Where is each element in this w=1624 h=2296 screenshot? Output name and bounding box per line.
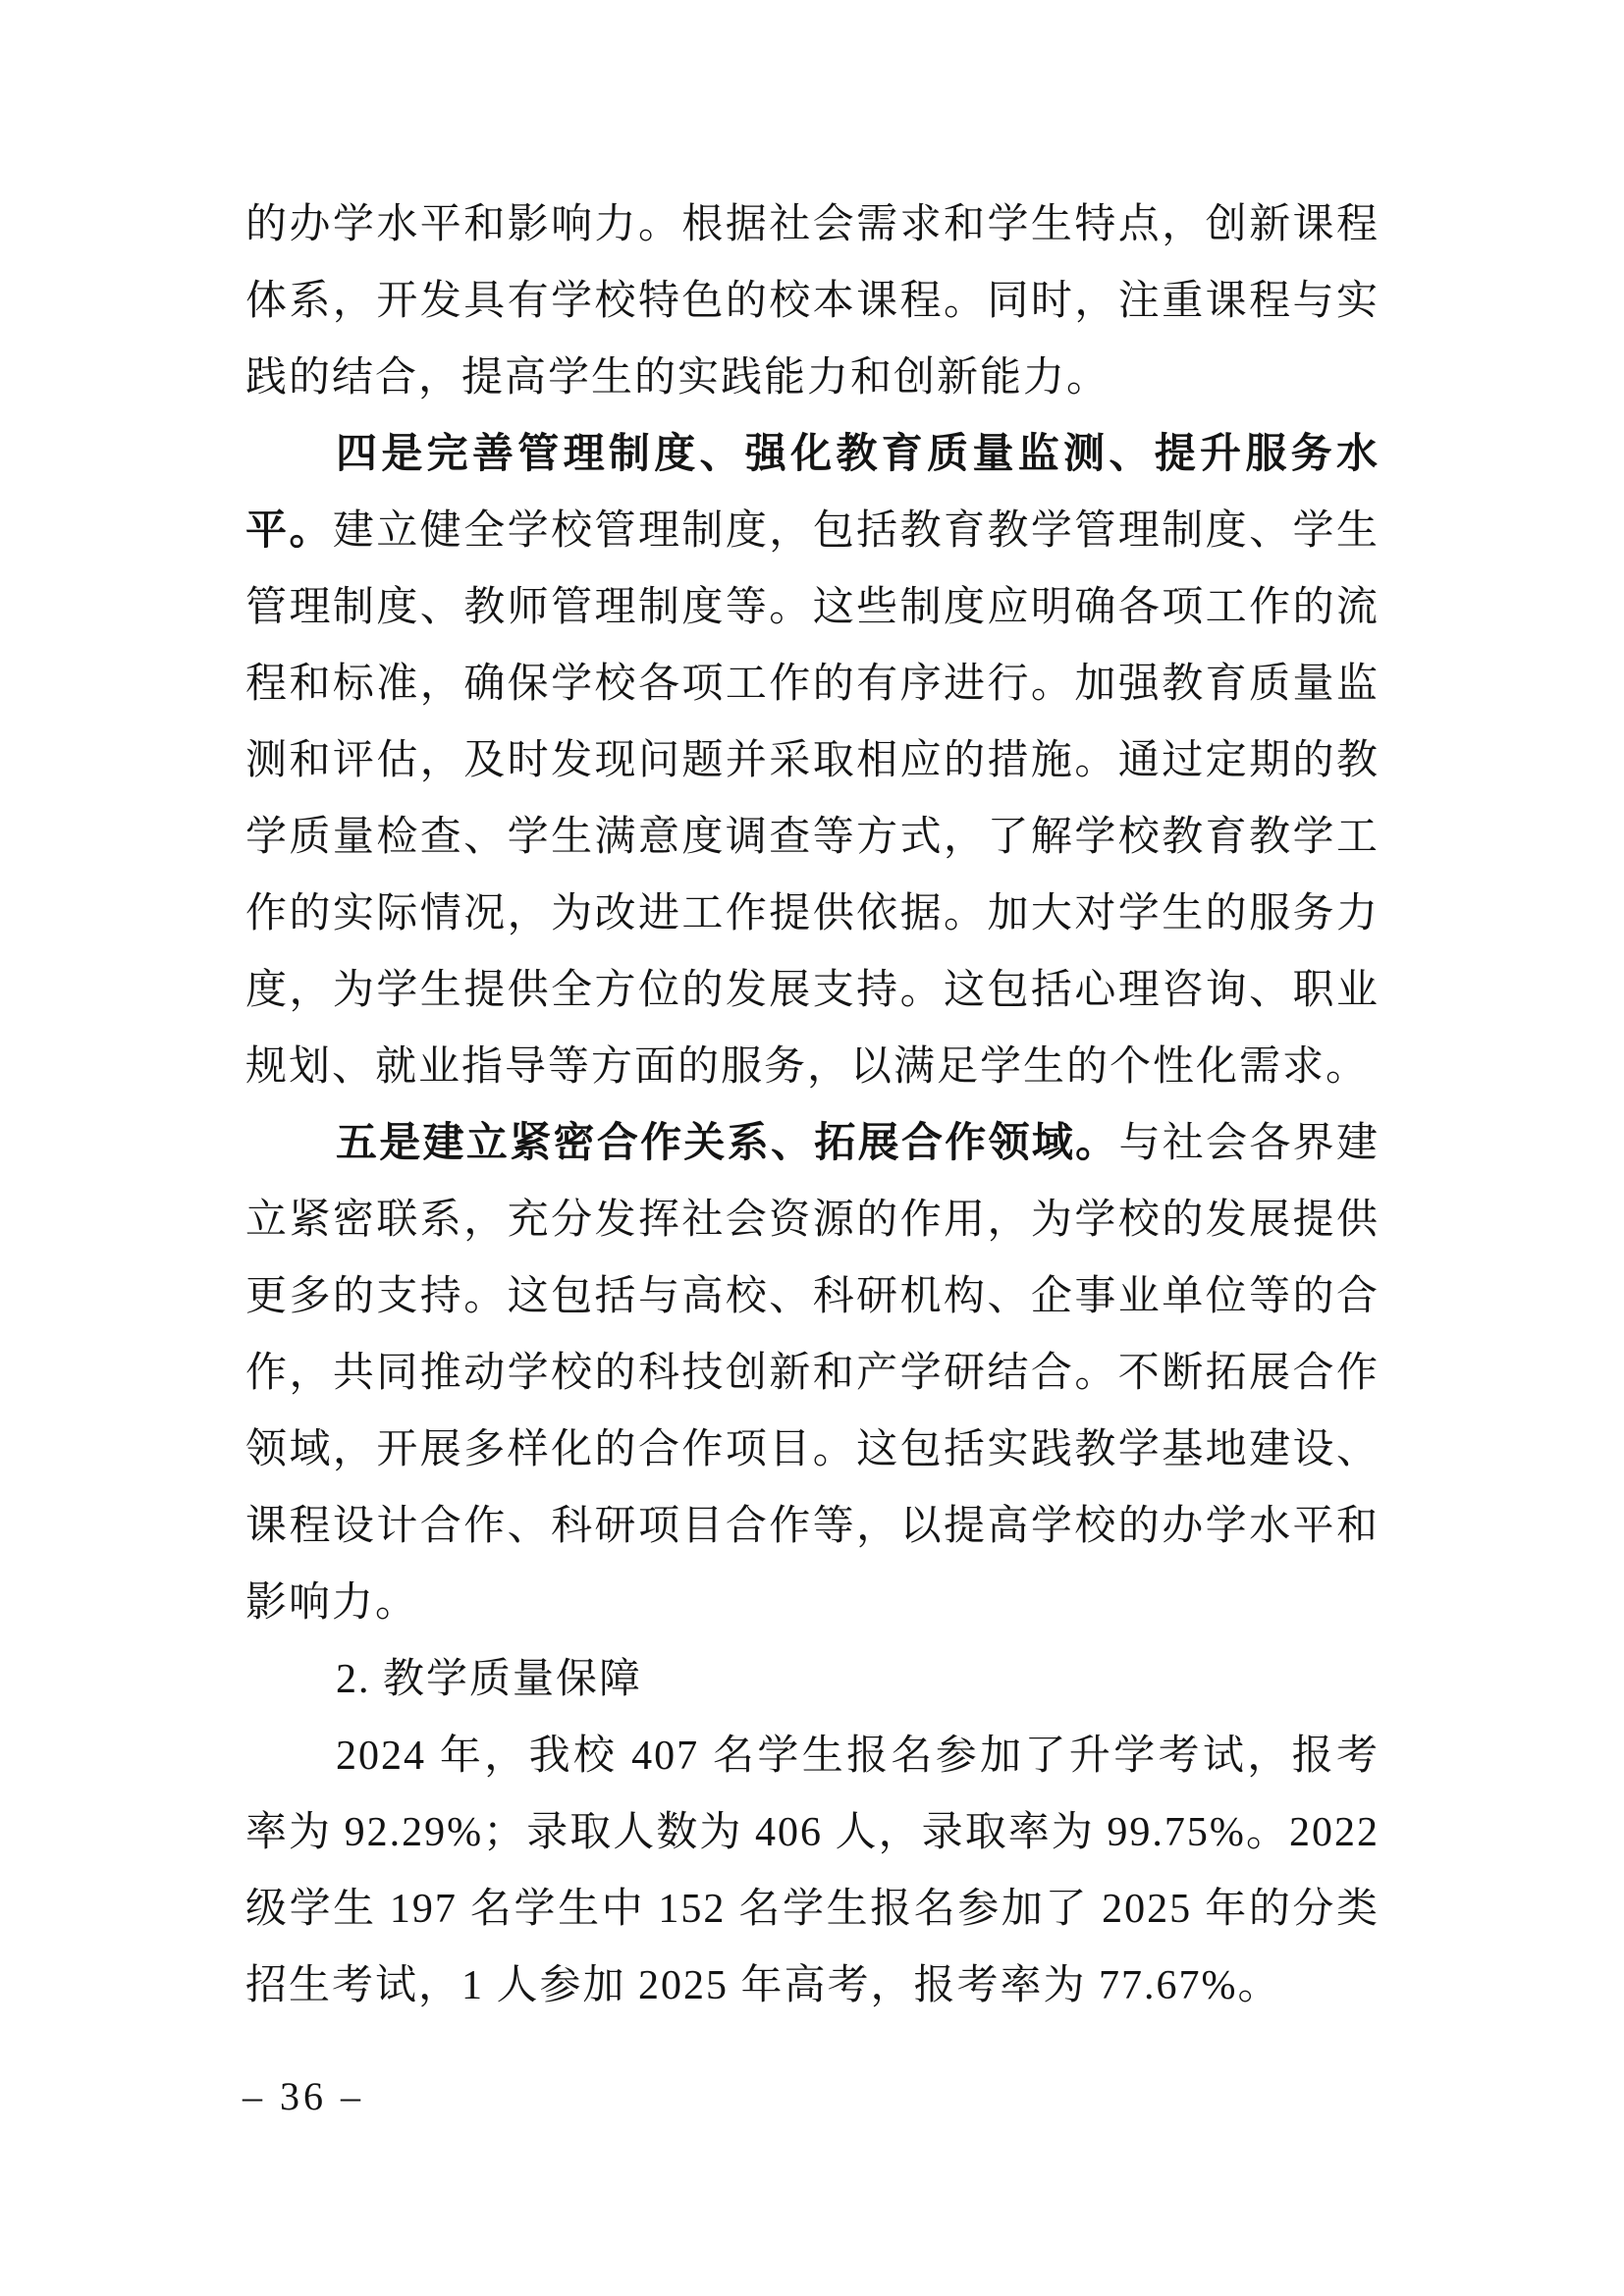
paragraph-text: 与社会各界建立紧密联系，充分发挥社会资源的作用，为学校的发展提供更多的支持。这包… bbox=[245, 1121, 1380, 1626]
paragraph-text: 2024 年，我校 407 名学生报名参加了升学考试，报考率为 92.29%；录… bbox=[245, 1734, 1380, 2008]
paragraph-point-five: 五是建立紧密合作关系、拓展合作领域。与社会各界建立紧密联系，充分发挥社会资源的作… bbox=[245, 1105, 1380, 1641]
paragraph-point-four: 四是完善管理制度、强化教育质量监测、提升服务水平。建立健全学校管理制度，包括教育… bbox=[245, 416, 1380, 1105]
paragraph-bold-lead: 五是建立紧密合作关系、拓展合作领域。 bbox=[336, 1121, 1118, 1166]
document-page: 的办学水平和影响力。根据社会需求和学生特点，创新课程体系，开发具有学校特色的校本… bbox=[0, 0, 1624, 2296]
paragraph-text: 的办学水平和影响力。根据社会需求和学生特点，创新课程体系，开发具有学校特色的校本… bbox=[245, 202, 1380, 400]
paragraph-text: 建立健全学校管理制度，包括教育教学管理制度、学生管理制度、教师管理制度等。这些制… bbox=[245, 508, 1380, 1090]
paragraph-statistics: 2024 年，我校 407 名学生报名参加了升学考试，报考率为 92.29%；录… bbox=[245, 1718, 1380, 2024]
paragraph-text: 2. 教学质量保障 bbox=[336, 1657, 642, 1702]
paragraph-section-heading: 2. 教学质量保障 bbox=[245, 1641, 1380, 1718]
paragraph-continuation: 的办学水平和影响力。根据社会需求和学生特点，创新课程体系，开发具有学校特色的校本… bbox=[245, 187, 1380, 416]
document-body: 的办学水平和影响力。根据社会需求和学生特点，创新课程体系，开发具有学校特色的校本… bbox=[245, 187, 1380, 2024]
page-footer: – 36 – bbox=[243, 2073, 364, 2120]
page-number: – 36 – bbox=[243, 2074, 364, 2118]
